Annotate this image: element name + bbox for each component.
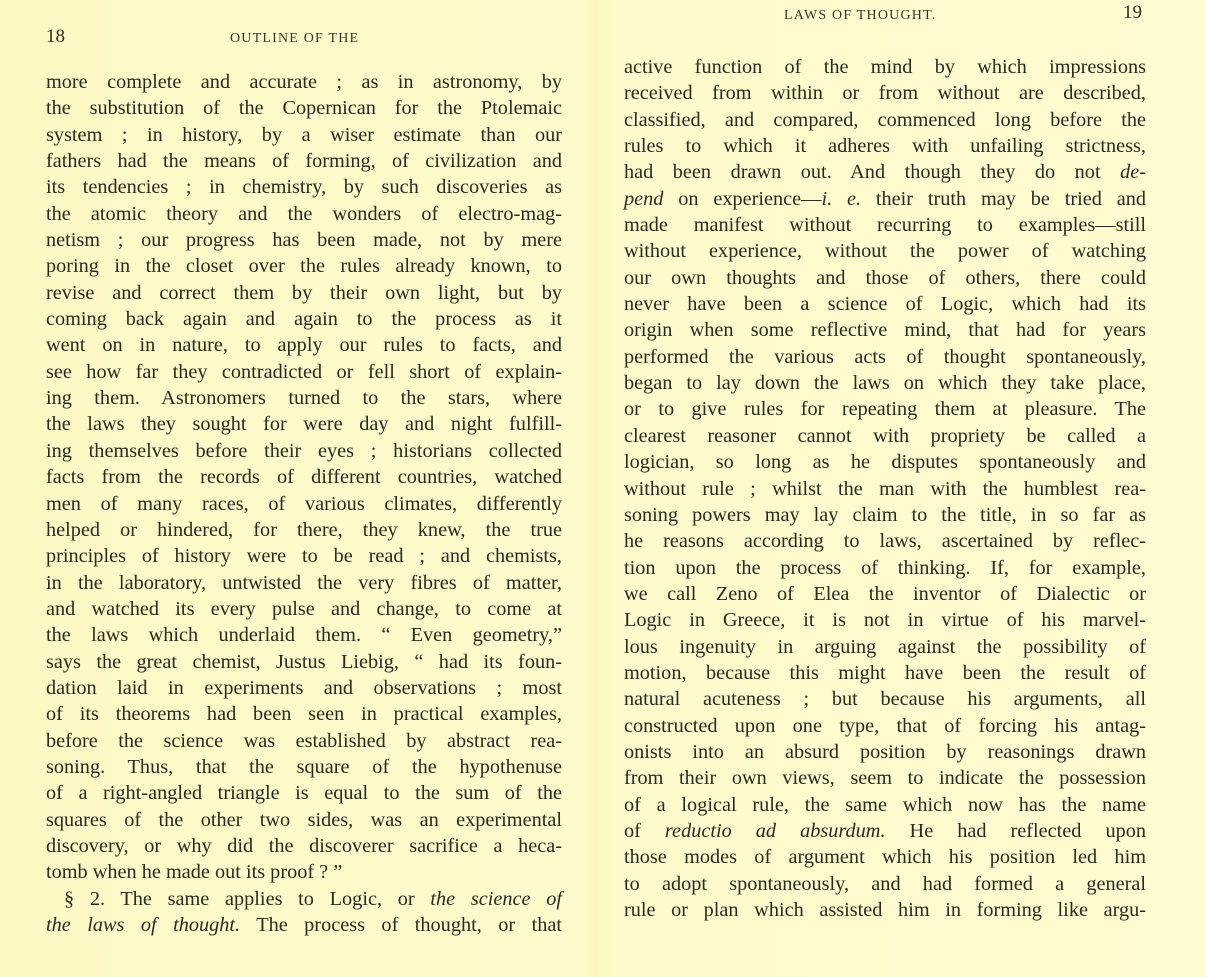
- text-line: without rule ; whilst the man with the h…: [624, 476, 1146, 502]
- text-line: went on in nature, to apply our rules to…: [46, 332, 562, 358]
- text-line: of its theorems had been seen in practic…: [46, 701, 562, 727]
- text-line: received from within or from without are…: [624, 80, 1146, 106]
- text-line: tion upon the process of thinking. If, f…: [624, 555, 1146, 581]
- section-text: § 2. The same applies to Logic, or: [64, 888, 430, 910]
- text-line: system ; in history, by a wiser estimate…: [46, 122, 562, 148]
- text-line: or to give rules for repeating them at p…: [624, 396, 1146, 422]
- text-line: to adopt spontaneously, and had formed a…: [624, 871, 1146, 897]
- text-line: of a logical rule, the same which now ha…: [624, 792, 1146, 818]
- text-line: men of many races, of various climates, …: [46, 491, 562, 517]
- text-run: had been drawn out. And though they do n…: [624, 161, 1120, 183]
- text-line: before the science was established by ab…: [46, 728, 562, 754]
- right-page-number: 19: [1123, 2, 1142, 24]
- text-line: from their own views, seem to indicate t…: [624, 765, 1146, 791]
- text-line: dation laid in experiments and observati…: [46, 675, 562, 701]
- text-line: without experience, without the power of…: [624, 238, 1146, 264]
- section-heading-line: § 2. The same applies to Logic, or the s…: [46, 886, 562, 912]
- right-running-head: LAWS OF THOUGHT. 19: [624, 14, 1146, 38]
- text-run: He had reflected upon: [886, 820, 1146, 842]
- text-line: active function of the mind by which imp…: [624, 54, 1146, 80]
- text-line: began to lay down the laws on which they…: [624, 370, 1146, 396]
- text-line: the substitution of the Copernican for t…: [46, 95, 562, 121]
- text-line: facts from the records of different coun…: [46, 464, 562, 490]
- italic-phrase: the science of: [430, 888, 562, 910]
- right-body-text: active function of the mind by which imp…: [624, 54, 1146, 923]
- right-running-title: LAWS OF THOUGHT.: [784, 8, 937, 24]
- text-run: on experience—: [663, 188, 821, 210]
- text-line: discovery, or why did the discoverer sac…: [46, 833, 562, 859]
- text-line: Logic in Greece, it is not in virtue of …: [624, 607, 1146, 633]
- text-line: its tendencies ; in chemistry, by such d…: [46, 174, 562, 200]
- left-running-head: 18 OUTLINE OF THE: [46, 28, 562, 52]
- text-line: those modes of argument which his positi…: [624, 844, 1146, 870]
- text-line: helped or hindered, for there, they knew…: [46, 517, 562, 543]
- text-line: in the laboratory, untwisted the very fi…: [46, 570, 562, 596]
- text-line: logician, so long as he disputes spontan…: [624, 449, 1146, 475]
- text-line: never have been a science of Logic, whic…: [624, 291, 1146, 317]
- text-line: the laws they sought for were day and ni…: [46, 411, 562, 437]
- left-body-text: more complete and accurate ; as in astro…: [46, 69, 562, 938]
- italic-phrase: the laws of thought.: [46, 914, 240, 936]
- text-line: revise and correct them by their own lig…: [46, 280, 562, 306]
- left-page-number: 18: [46, 26, 65, 48]
- text-line: ing them. Astronomers turned to the star…: [46, 385, 562, 411]
- right-page: LAWS OF THOUGHT. 19 active function of t…: [624, 0, 1146, 977]
- section-text: The process of thought, or that: [240, 914, 562, 936]
- italic-phrase: reductio ad absurdum.: [665, 820, 886, 842]
- text-line: says the great chemist, Justus Liebig, “…: [46, 649, 562, 675]
- text-line: motion, because this might have been the…: [624, 660, 1146, 686]
- text-line: poring in the closet over the rules alre…: [46, 253, 562, 279]
- text-line: performed the various acts of thought sp…: [624, 344, 1146, 370]
- text-line: soning. Thus, that the square of the hyp…: [46, 754, 562, 780]
- left-page: 18 OUTLINE OF THE more complete and accu…: [46, 0, 562, 977]
- text-line: ing themselves before their eyes ; histo…: [46, 438, 562, 464]
- text-line: onists into an absurd position by reason…: [624, 739, 1146, 765]
- text-line: lous ingenuity in arguing against the po…: [624, 634, 1146, 660]
- text-line: constructed upon one type, that of forci…: [624, 713, 1146, 739]
- book-spread: 18 OUTLINE OF THE more complete and accu…: [0, 0, 1206, 977]
- text-line: natural acuteness ; but because his argu…: [624, 686, 1146, 712]
- text-line: made manifest without recurring to examp…: [624, 212, 1146, 238]
- text-line: fathers had the means of forming, of civ…: [46, 148, 562, 174]
- text-line: the laws which underlaid them. “ Even ge…: [46, 622, 562, 648]
- text-line: see how far they contradicted or fell sh…: [46, 359, 562, 385]
- text-line: clearest reasoner cannot with propriety …: [624, 423, 1146, 449]
- text-line: and watched its every pulse and change, …: [46, 596, 562, 622]
- italic-phrase: pend: [624, 188, 663, 210]
- left-running-title: OUTLINE OF THE: [230, 31, 359, 47]
- text-line: principles of history were to be read ; …: [46, 543, 562, 569]
- text-line: had been drawn out. And though they do n…: [624, 159, 1146, 185]
- text-line: our own thoughts and those of others, th…: [624, 265, 1146, 291]
- text-line: netism ; our progress has been made, not…: [46, 227, 562, 253]
- text-line: origin when some reflective mind, that h…: [624, 317, 1146, 343]
- text-line: we call Zeno of Elea the inventor of Dia…: [624, 581, 1146, 607]
- text-line: more complete and accurate ; as in astro…: [46, 69, 562, 95]
- text-line: squares of the other two sides, was an e…: [46, 807, 562, 833]
- text-run: of: [624, 820, 665, 842]
- text-line: tomb when he made out its proof ? ”: [46, 859, 562, 885]
- text-line: he reasons according to laws, ascertaine…: [624, 528, 1146, 554]
- text-line: soning powers may lay claim to the title…: [624, 502, 1146, 528]
- text-line: rules to which it adheres with unfailing…: [624, 133, 1146, 159]
- text-line: coming back again and again to the proce…: [46, 306, 562, 332]
- text-line: classified, and compared, commenced long…: [624, 107, 1146, 133]
- text-line: the laws of thought. The process of thou…: [46, 912, 562, 938]
- text-line: of reductio ad absurdum. He had reflecte…: [624, 818, 1146, 844]
- text-line: rule or plan which assisted him in formi…: [624, 897, 1146, 923]
- italic-phrase: de-: [1120, 161, 1146, 183]
- text-line: the atomic theory and the wonders of ele…: [46, 201, 562, 227]
- text-run: their truth may be tried and: [861, 188, 1146, 210]
- text-line: of a right-angled triangle is equal to t…: [46, 780, 562, 806]
- italic-phrase: i. e.: [821, 188, 861, 210]
- text-line: pend on experience—i. e. their truth may…: [624, 186, 1146, 212]
